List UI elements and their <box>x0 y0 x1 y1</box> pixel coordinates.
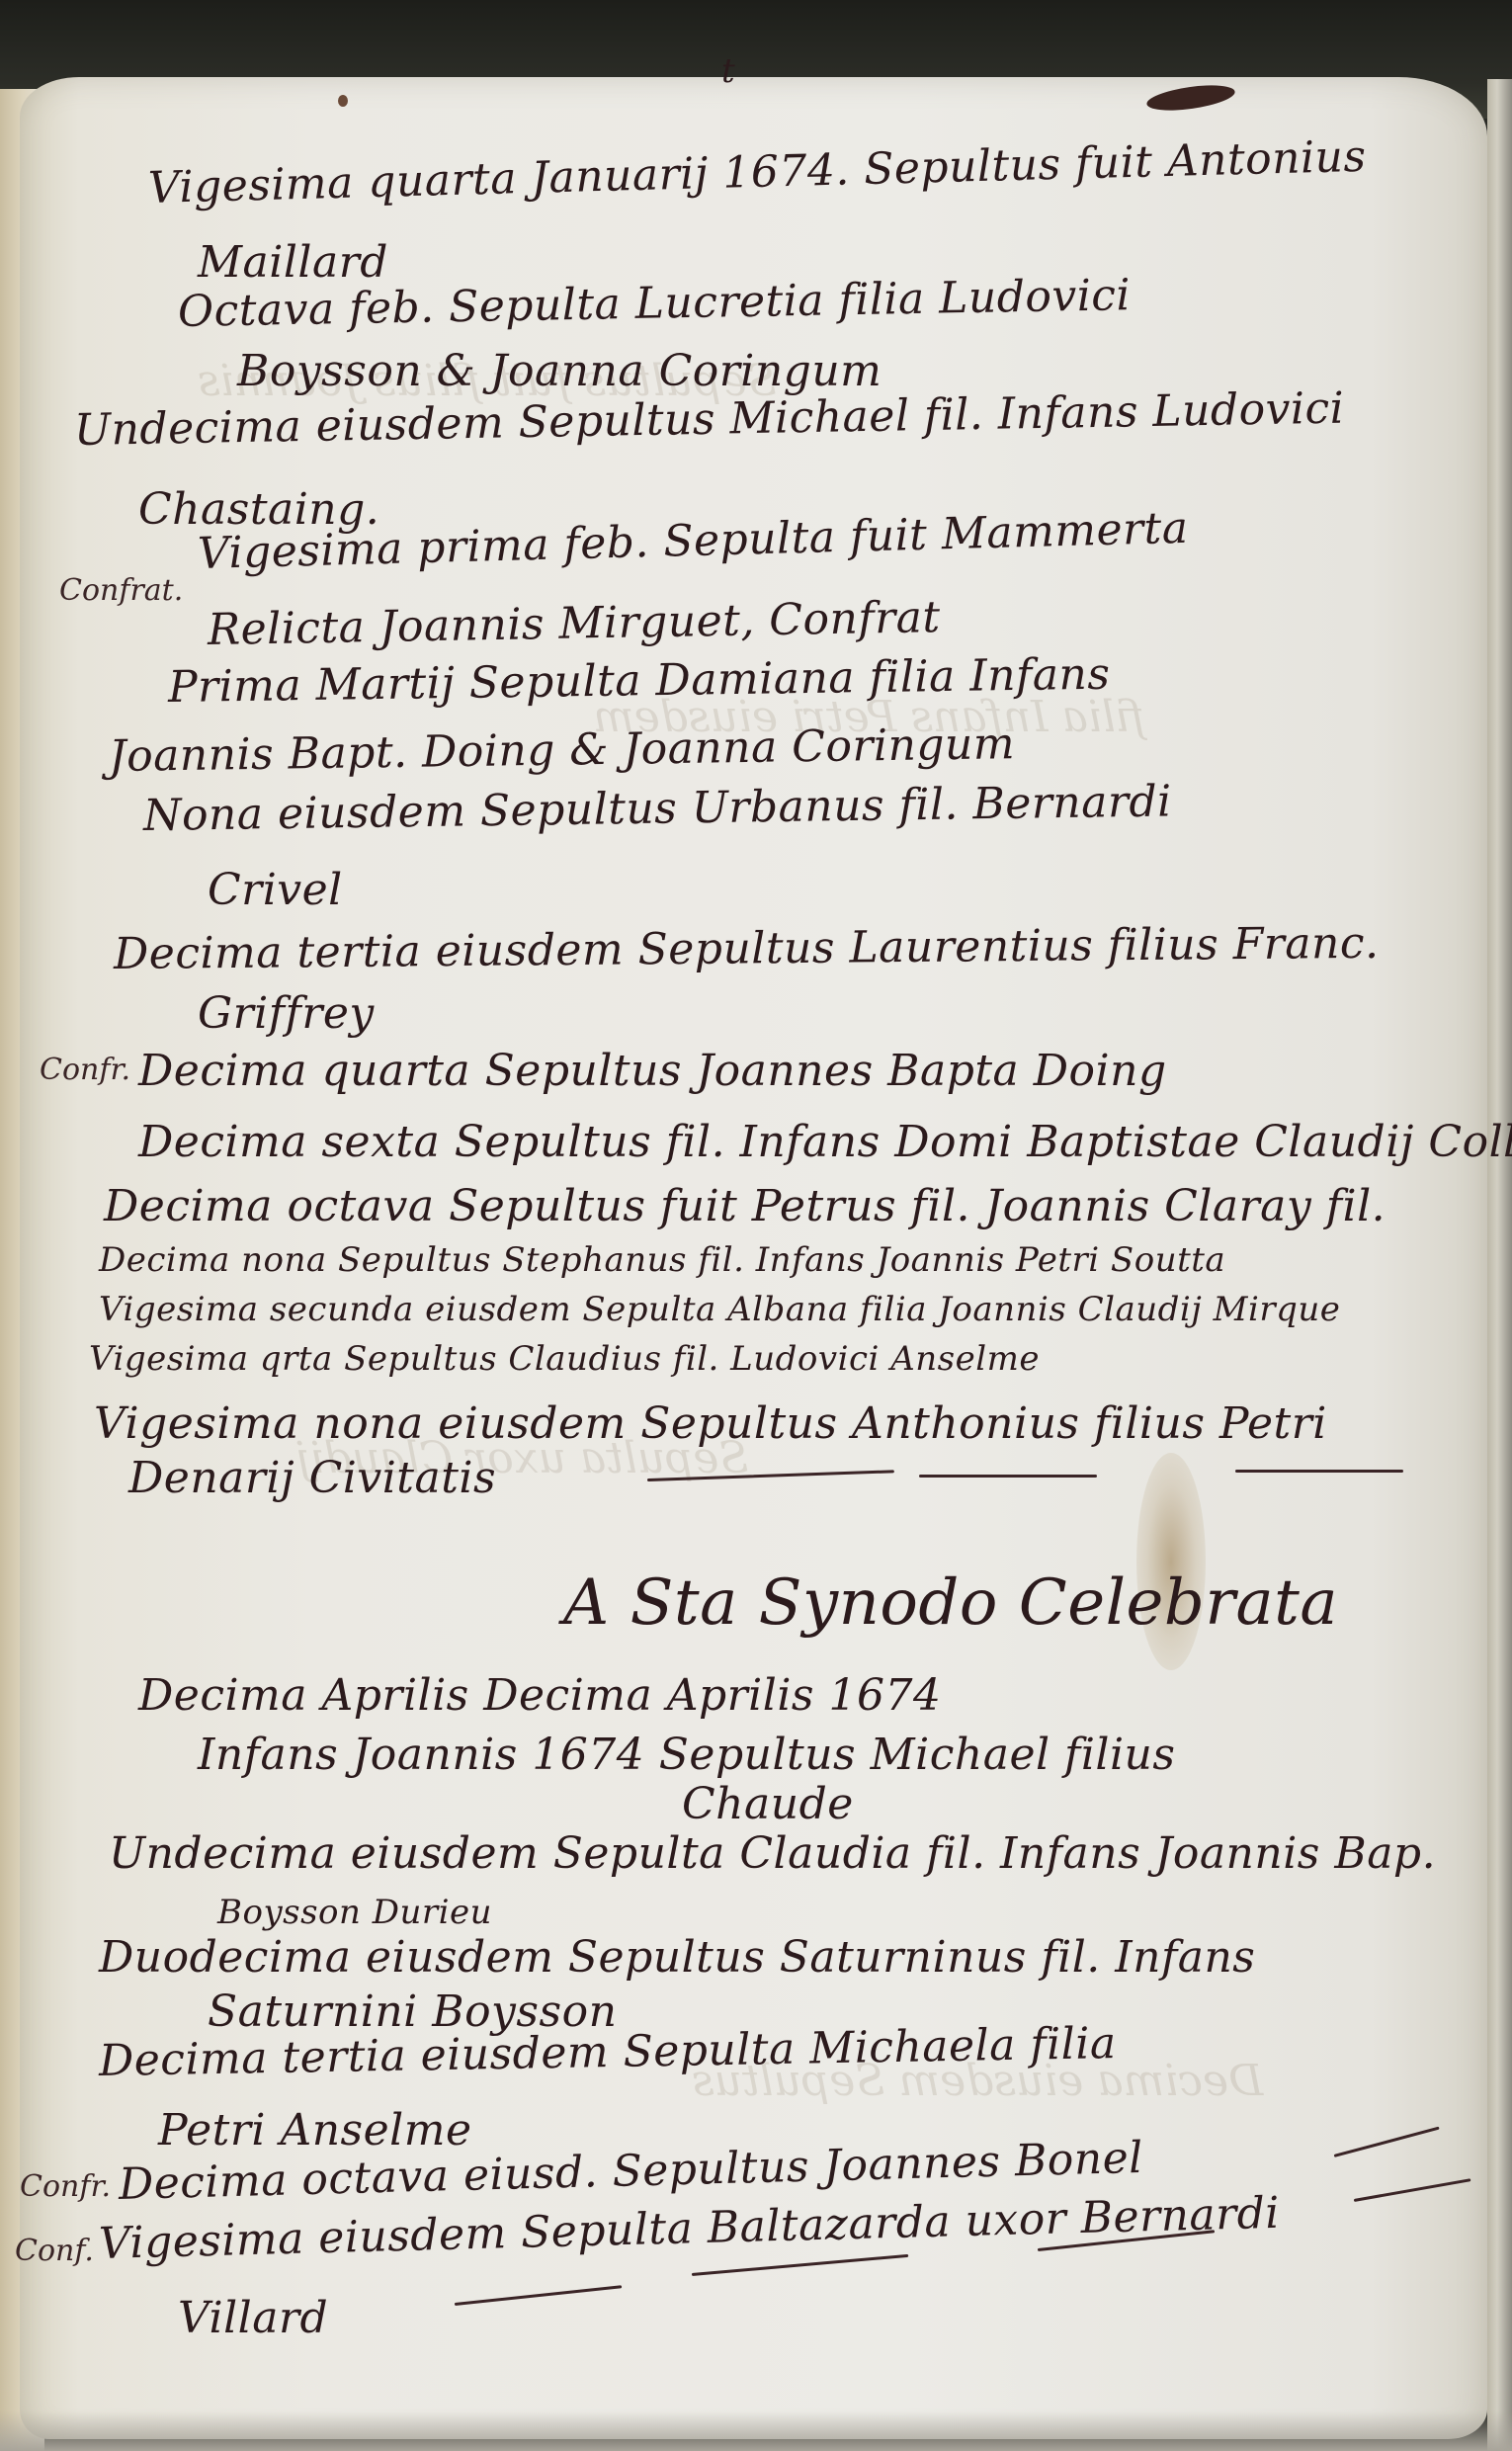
margin-note: Confr. <box>20 2169 111 2204</box>
page-bottom-edge <box>0 2411 1512 2451</box>
ink-spot <box>338 95 348 107</box>
entry-line: Decima sexta Sepultus fil. Infans Domi B… <box>138 1117 1512 1167</box>
entry-line: Maillard <box>198 237 388 288</box>
entry-line: Vigesima nona eiusdem Sepultus Anthonius… <box>94 1398 1327 1449</box>
section-heading: A Sta Synodo Celebrata <box>563 1566 1338 1640</box>
entry-line: Boysson & Joanna Coringum <box>237 346 882 396</box>
page-edge-right <box>1487 79 1512 2451</box>
entry-rule <box>919 1475 1097 1478</box>
entry-line: Vigesima qrta Sepultus Claudius fil. Lud… <box>89 1339 1040 1379</box>
entry-line: Vigesima secunda eiusdem Sepulta Albana … <box>99 1290 1340 1329</box>
entry-line: Griffrey <box>198 988 375 1039</box>
entry-line: Denarij Civitatis <box>128 1453 496 1503</box>
entry-line: Villard <box>178 2293 328 2343</box>
entry-line: Boysson Durieu <box>217 1893 492 1932</box>
margin-note: Conf. <box>15 2234 94 2268</box>
margin-note: Confrat. <box>59 573 183 608</box>
margin-note: Confr. <box>40 1053 130 1087</box>
entry-rule <box>1235 1470 1403 1473</box>
entry-line: Duodecima eiusdem Sepultus Saturninus fi… <box>99 1932 1255 1983</box>
entry-line: Decima nona Sepultus Stephanus fil. Infa… <box>99 1240 1225 1280</box>
folio-mark: t <box>721 51 735 91</box>
entry-line: Chaude <box>682 1779 854 1829</box>
entry-line: Crivel <box>208 865 343 915</box>
entry-line: Decima octava Sepultus fuit Petrus fil. … <box>104 1181 1386 1231</box>
entry-line: Decima Aprilis Decima Aprilis 1674 <box>138 1670 941 1721</box>
entry-line: Petri Anselme <box>158 2105 472 2155</box>
entry-line: Undecima eiusdem Sepulta Claudia fil. In… <box>109 1828 1436 1879</box>
entry-line: Decima quarta Sepultus Joannes Bapta Doi… <box>138 1046 1167 1096</box>
entry-line: Infans Joannis 1674 Sepultus Michael fil… <box>198 1730 1175 1780</box>
